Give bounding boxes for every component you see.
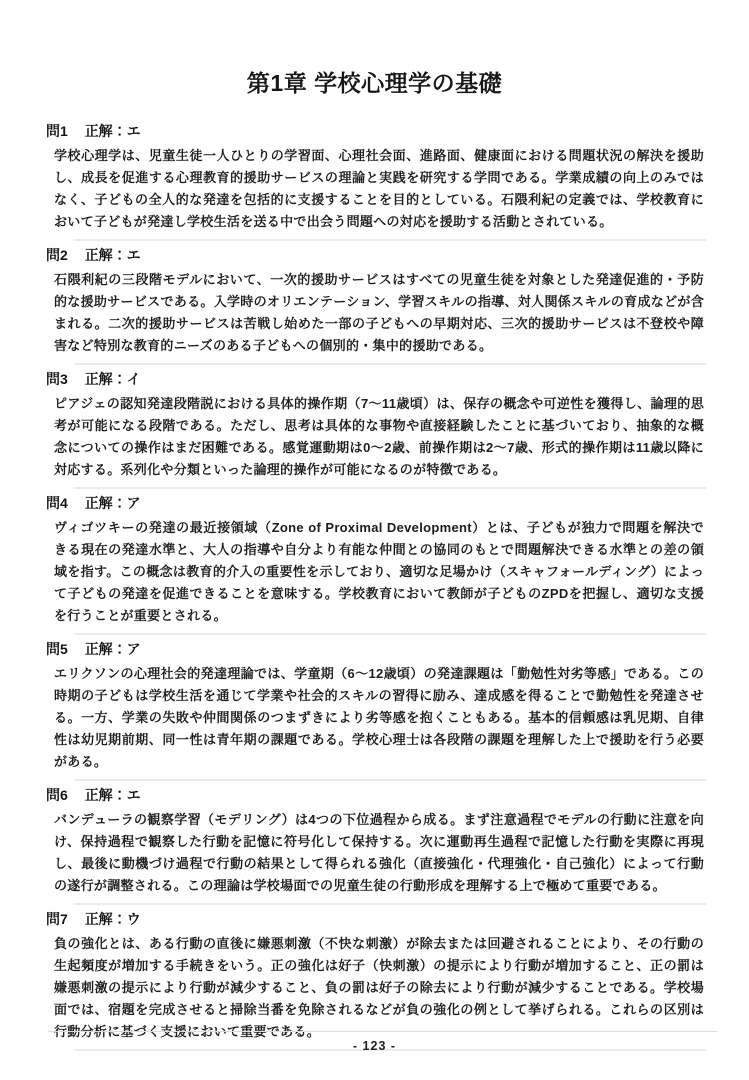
answer-explanation: バンデューラの観察学習（モデリング）は4つの下位過程から成る。まず注意過程でモデ… bbox=[54, 809, 704, 897]
page-number: - 123 - bbox=[0, 1039, 749, 1053]
question-header: 問4 正解：ア bbox=[46, 495, 704, 512]
question-number: 問6 bbox=[46, 787, 68, 804]
question-number: 問1 bbox=[46, 123, 68, 140]
question-number: 問7 bbox=[46, 911, 68, 928]
footer-rule bbox=[48, 1031, 717, 1032]
answer-explanation: ピアジェの認知発達段階説における具体的操作期（7～11歳頃）は、保存の概念や可逆… bbox=[54, 393, 704, 481]
section-divider bbox=[74, 487, 706, 489]
section-divider bbox=[74, 363, 706, 365]
correct-answer-label: 正解：ア bbox=[85, 495, 141, 512]
question-header: 問5 正解：ア bbox=[46, 641, 704, 658]
question-header: 問3 正解：イ bbox=[46, 371, 704, 388]
question-header: 問1 正解：エ bbox=[46, 123, 704, 140]
correct-answer-label: 正解：ウ bbox=[85, 911, 141, 928]
question-section-2: 問2 正解：エ 石隈利紀の三段階モデルにおいて、一次的援助サービスはすべての児童… bbox=[46, 247, 704, 365]
section-divider bbox=[74, 779, 706, 781]
chapter-title: 第1章 学校心理学の基礎 bbox=[0, 15, 749, 98]
question-number: 問5 bbox=[46, 641, 68, 658]
correct-answer-label: 正解：エ bbox=[85, 247, 141, 264]
correct-answer-label: 正解：ア bbox=[85, 641, 141, 658]
question-section-5: 問5 正解：ア エリクソンの心理社会的発達理論では、学童期（6～12歳頃）の発達… bbox=[46, 641, 704, 781]
question-section-6: 問6 正解：エ バンデューラの観察学習（モデリング）は4つの下位過程から成る。ま… bbox=[46, 787, 704, 905]
correct-answer-label: 正解：イ bbox=[85, 371, 141, 388]
question-number: 問2 bbox=[46, 247, 68, 264]
answer-explanation: エリクソンの心理社会的発達理論では、学童期（6～12歳頃）の発達課題は「勤勉性対… bbox=[54, 663, 704, 773]
answer-key-content: 問1 正解：エ 学校心理学は、児童生徒一人ひとりの学習面、心理社会面、進路面、健… bbox=[46, 123, 704, 1051]
section-divider bbox=[74, 239, 706, 241]
question-header: 問6 正解：エ bbox=[46, 787, 704, 804]
question-number: 問4 bbox=[46, 495, 68, 512]
question-section-4: 問4 正解：ア ヴィゴツキーの発達の最近接領域（Zone of Proximal… bbox=[46, 495, 704, 635]
question-section-3: 問3 正解：イ ピアジェの認知発達段階説における具体的操作期（7～11歳頃）は、… bbox=[46, 371, 704, 489]
answer-explanation: 石隈利紀の三段階モデルにおいて、一次的援助サービスはすべての児童生徒を対象とした… bbox=[54, 269, 704, 357]
answer-explanation: 学校心理学は、児童生徒一人ひとりの学習面、心理社会面、進路面、健康面における問題… bbox=[54, 145, 704, 233]
answer-explanation: 負の強化とは、ある行動の直後に嫌悪刺激（不快な刺激）が除去または回避されることに… bbox=[54, 933, 704, 1043]
correct-answer-label: 正解：エ bbox=[85, 123, 141, 140]
answer-explanation: ヴィゴツキーの発達の最近接領域（Zone of Proximal Develop… bbox=[54, 517, 704, 627]
question-number: 問3 bbox=[46, 371, 68, 388]
document-page: { "page": { "title": "第1章 学校心理学の基礎", "pa… bbox=[0, 0, 749, 1080]
question-header: 問7 正解：ウ bbox=[46, 911, 704, 928]
question-header: 問2 正解：エ bbox=[46, 247, 704, 264]
question-section-1: 問1 正解：エ 学校心理学は、児童生徒一人ひとりの学習面、心理社会面、進路面、健… bbox=[46, 123, 704, 241]
section-divider bbox=[74, 903, 706, 905]
section-divider bbox=[74, 633, 706, 635]
correct-answer-label: 正解：エ bbox=[85, 787, 141, 804]
